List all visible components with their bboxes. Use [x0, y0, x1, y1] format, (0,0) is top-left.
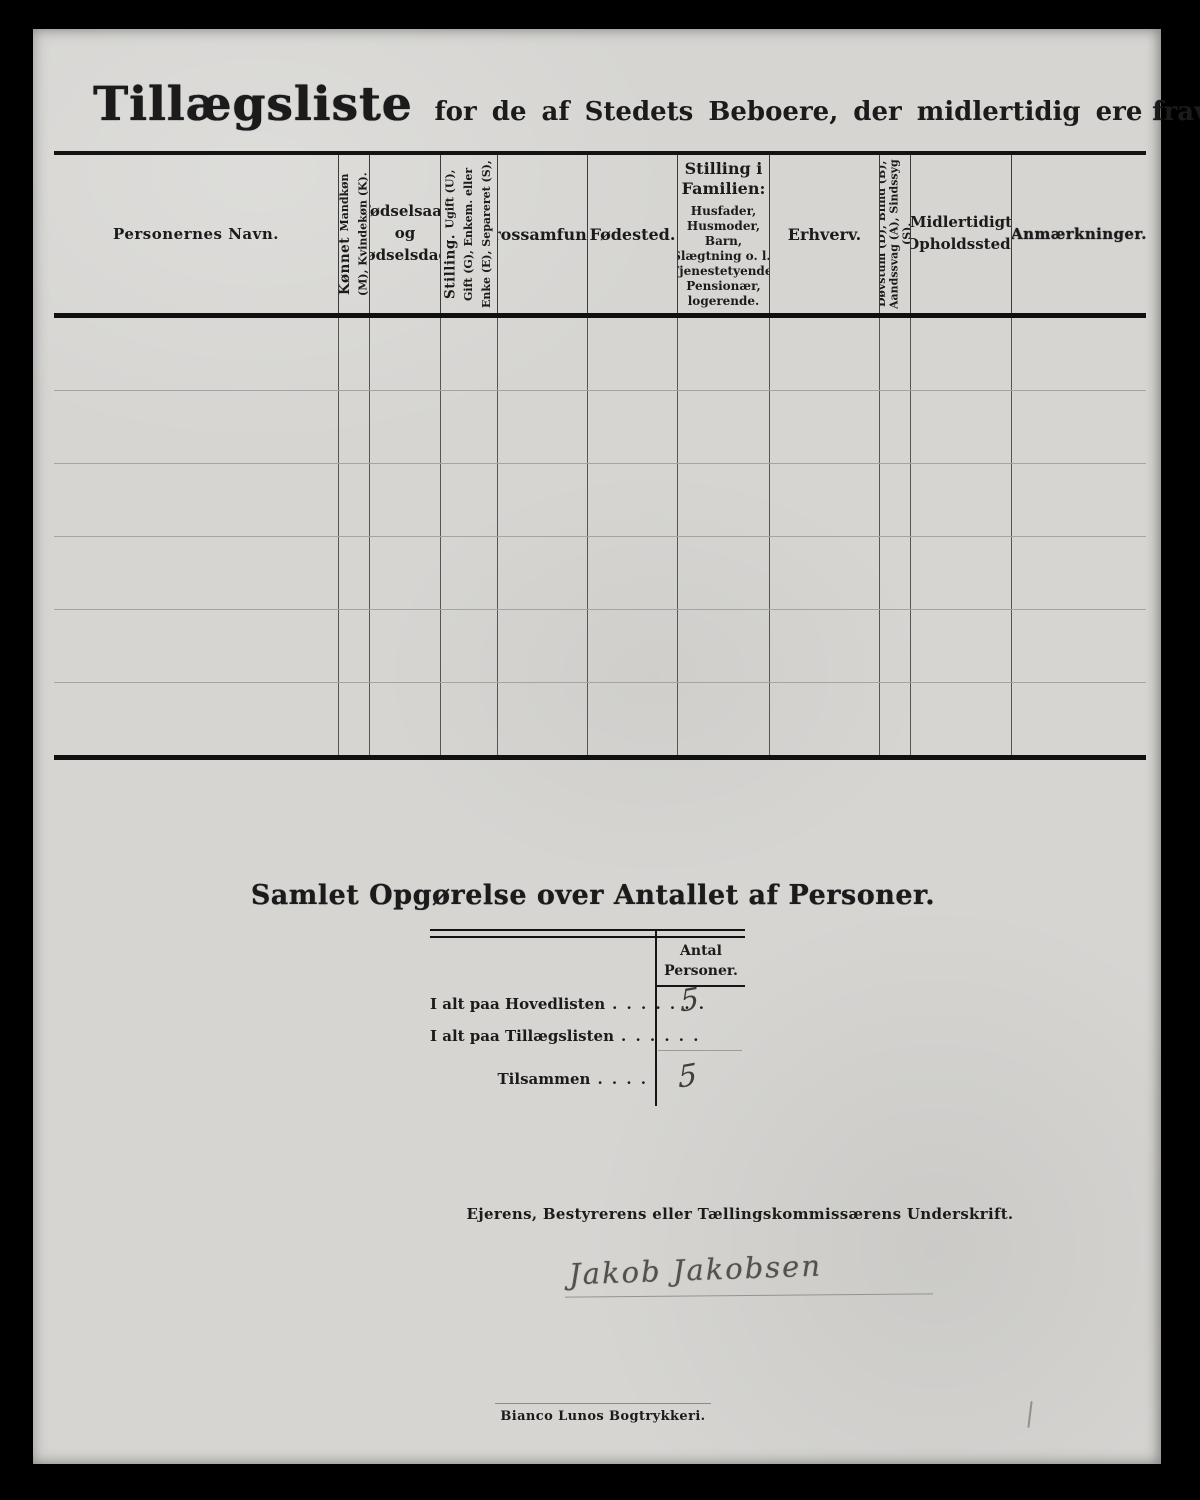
summary-value-hovedlisten: 5 [680, 981, 700, 1020]
col-header-stilling-sub: Husfader, Husmoder, Barn, Slægtning o. l… [677, 204, 769, 309]
form-title-emphasis: fraværende. [1152, 97, 1200, 127]
scanned-page: Tillægsliste for de af Stedets Beboere, … [33, 29, 1161, 1464]
summary-row-tillaegslisten: I alt paa Tillægslisten. . . . . . [430, 1027, 648, 1045]
signature-line [565, 1293, 933, 1297]
col-header-midlertidigt-opholdssted: Midlertidigt Opholdssted. [910, 155, 1011, 313]
form-title-subtitle: for de af Stedets Beboere, der midlertid… [434, 97, 1142, 127]
census-table: Personernes Navn. Kønnet Mandkøn (M), Kv… [54, 151, 1146, 760]
census-table-bottom-rule [54, 755, 1146, 760]
col-header-foedselsaar: Fødselsaar og Fødselsdag. [369, 155, 440, 313]
scan-background: Tillægsliste for de af Stedets Beboere, … [0, 0, 1200, 1500]
stray-ink-mark [1027, 1401, 1032, 1428]
col-header-koennet-main: Kønnet [338, 237, 353, 295]
summary-table-top-rule [430, 929, 745, 938]
empty-table-row [54, 391, 1146, 464]
col-header-foedested: Fødested. [587, 155, 677, 313]
col-header-anmaerkninger: Anmærkninger. [1011, 155, 1146, 313]
handwritten-signature: Jakob Jakobsen [568, 1249, 822, 1292]
col-header-stilling-i-familien: Stilling i Familien: Husfader, Husmoder,… [677, 155, 769, 313]
col-header-aegteskabelig-stilling: Ægteskabelig Stilling. Ugift (U), Gift (… [440, 155, 497, 313]
empty-table-row [54, 464, 1146, 537]
col-header-stilling-heading: Stilling i Familien: [677, 159, 769, 197]
summary-row-tilsammen: Tilsammen. . . . [430, 1070, 648, 1088]
summary-value-separator [658, 1050, 742, 1051]
empty-table-row [54, 537, 1146, 610]
empty-table-row [54, 683, 1146, 755]
empty-table-row [54, 610, 1146, 683]
col-header-doevstum-text: Døvstum (D), Blind (B), Aandssvag (A), S… [879, 159, 910, 309]
col-header-personernes-navn: Personernes Navn. [54, 155, 338, 313]
col-header-erhverv: Erhverv. [769, 155, 879, 313]
printer-rule [495, 1403, 711, 1404]
form-title: Tillægsliste for de af Stedets Beboere, … [93, 77, 1143, 132]
printer-mark: Bianco Lunos Bogtrykkeri. [475, 1409, 731, 1424]
empty-table-row [54, 318, 1146, 391]
census-table-header: Personernes Navn. Kønnet Mandkøn (M), Kv… [54, 151, 1146, 318]
summary-col-header-rule [657, 985, 745, 987]
summary-value-tilsammen: 5 [678, 1057, 698, 1096]
summary-table: Antal Personer. I alt paa Hovedlisten. .… [430, 929, 745, 1109]
summary-col-header: Antal Personer. [657, 941, 745, 982]
form-title-main: Tillægsliste [93, 77, 412, 132]
summary-heading: Samlet Opgørelse over Antallet af Person… [33, 880, 1153, 911]
col-header-koennet: Kønnet Mandkøn (M), Kvindekøn (K). [338, 155, 369, 313]
col-header-trossamfund: Trossamfund. [497, 155, 587, 313]
census-table-body [54, 318, 1146, 755]
col-header-doevstum: Døvstum (D), Blind (B), Aandssvag (A), S… [879, 155, 910, 313]
summary-row-hovedlisten: I alt paa Hovedlisten. . . . . . . [430, 995, 648, 1013]
signature-caption: Ejerens, Bestyrerens eller Tællingskommi… [433, 1205, 1047, 1223]
